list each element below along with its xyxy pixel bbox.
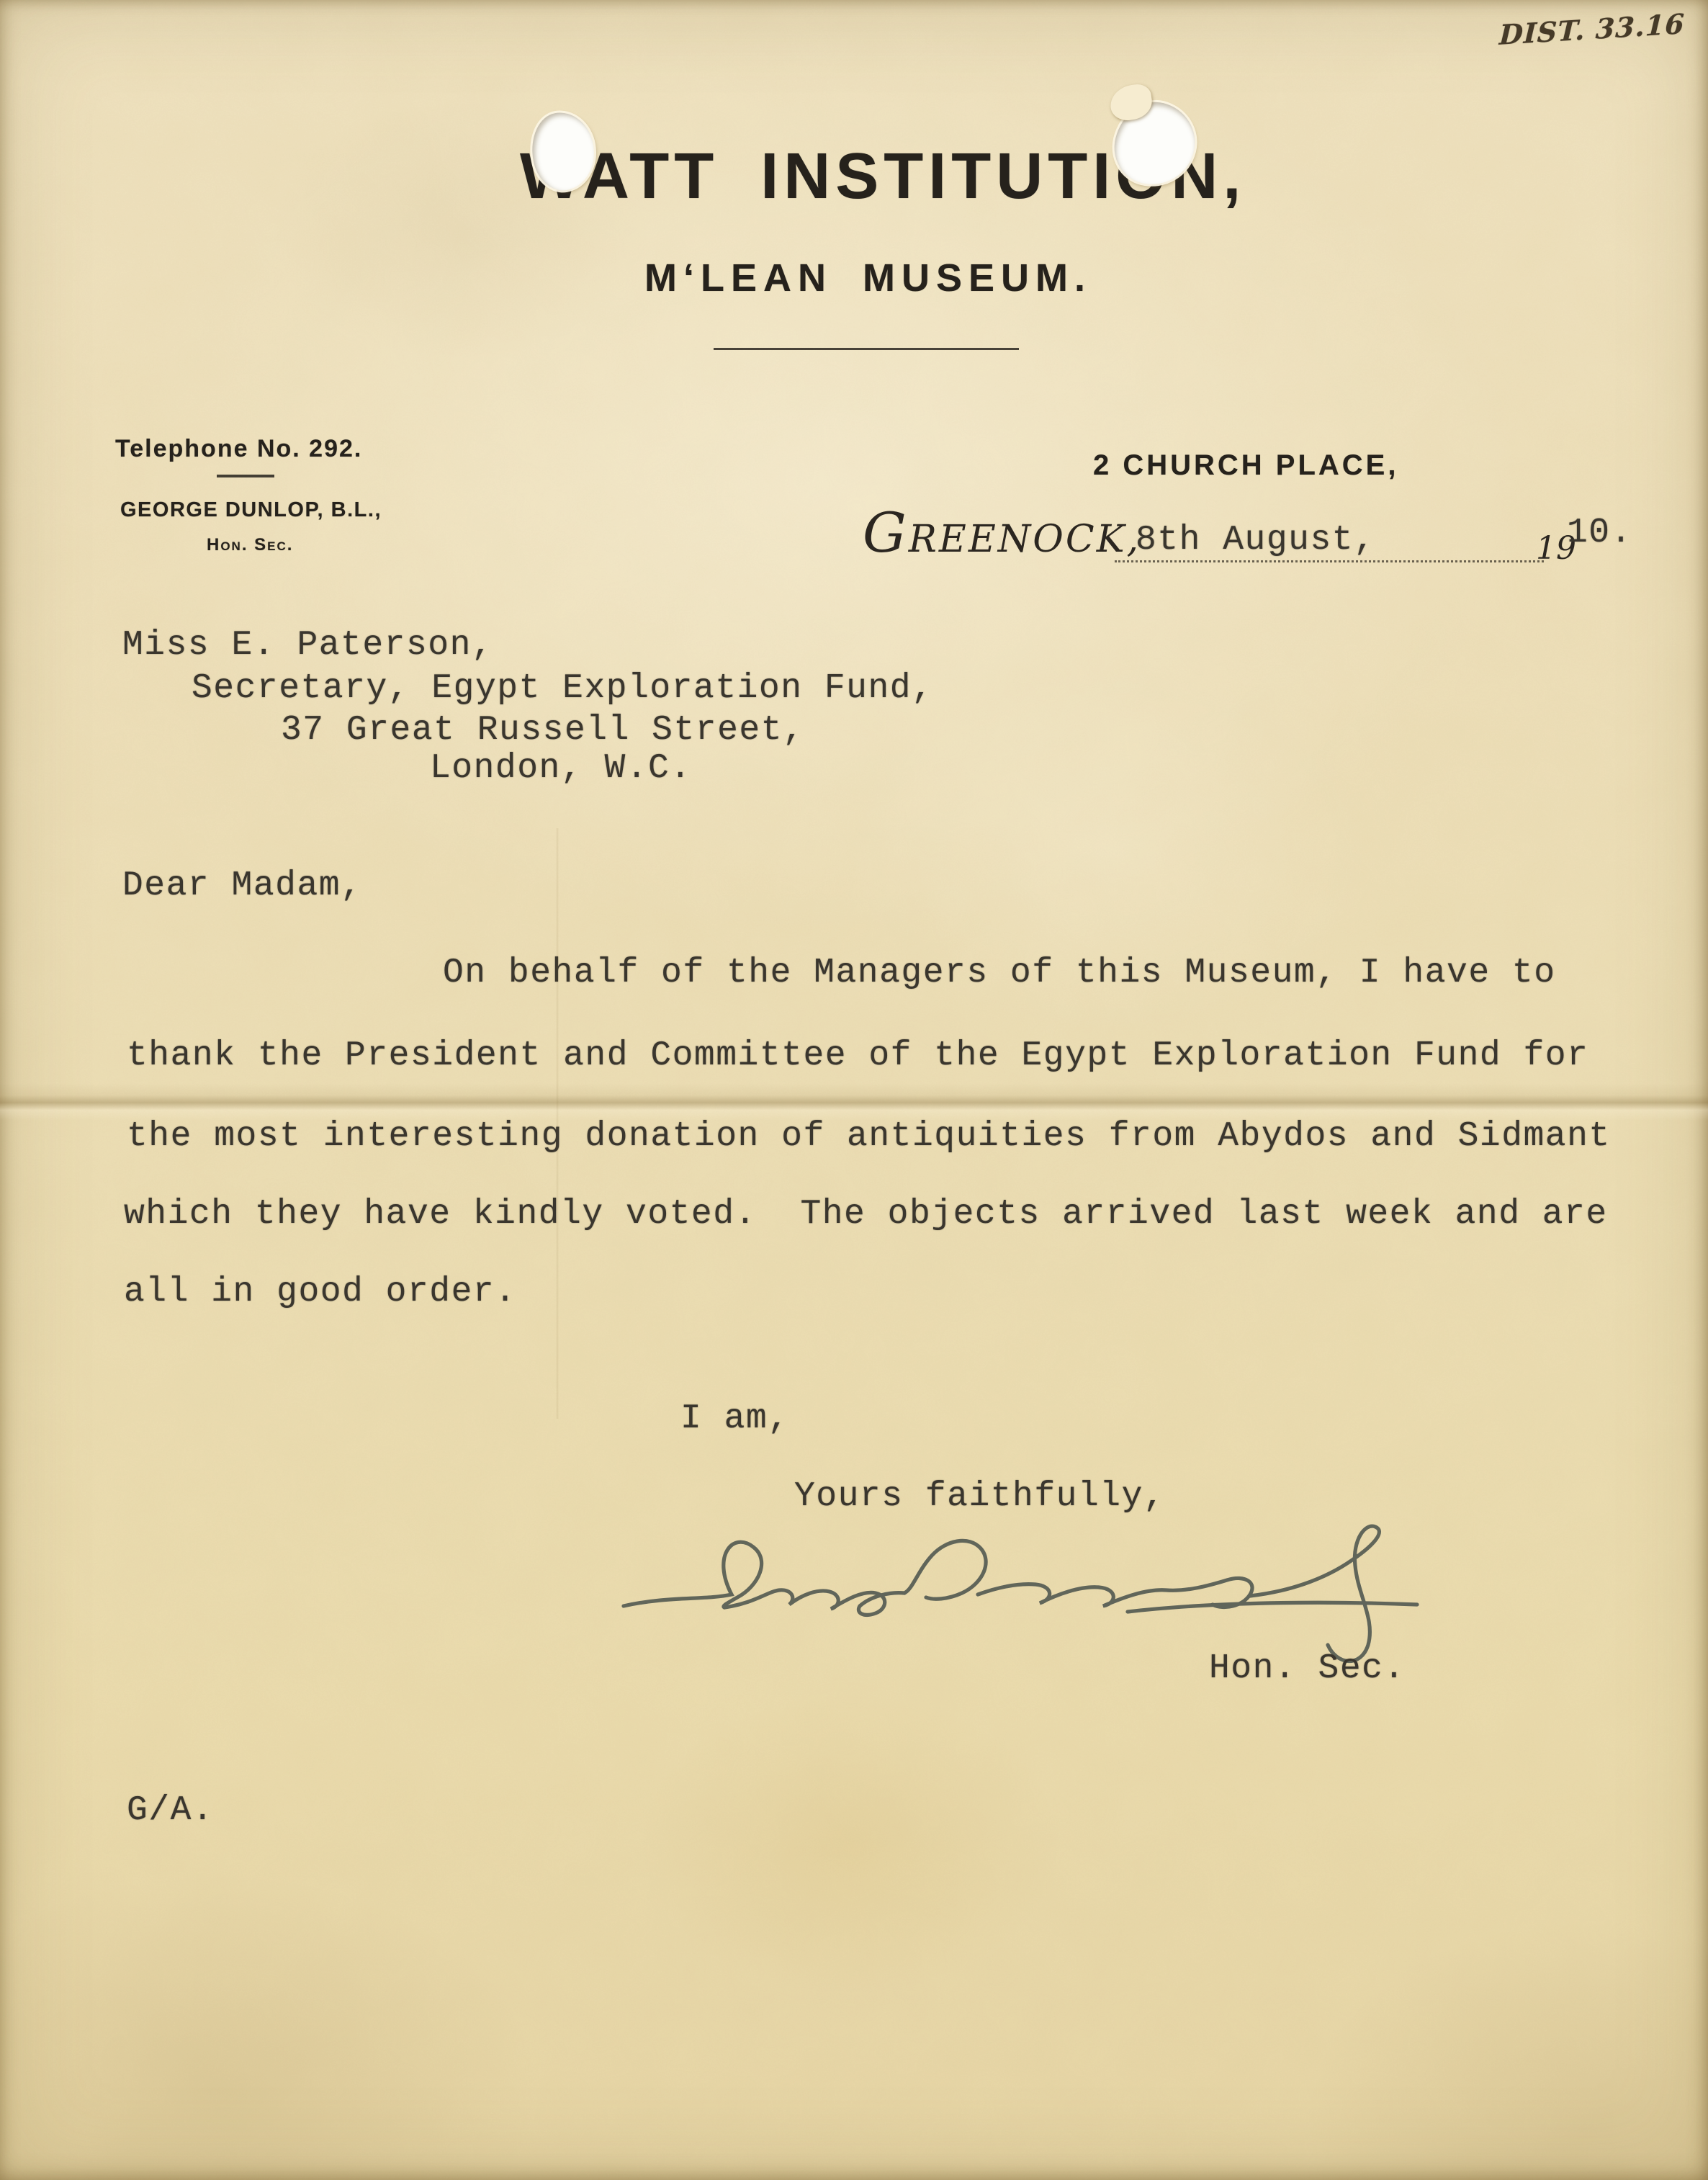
typed-date: 8th August, — [1136, 523, 1375, 557]
letterhead-telephone: Telephone No. 292. — [115, 436, 362, 461]
telephone-divider-rule — [217, 475, 274, 477]
paper-texture — [0, 0, 1708, 2180]
body-line: the most interesting donation of antiqui… — [127, 1119, 1611, 1154]
typed-year-suffix: 10. — [1567, 516, 1632, 550]
recipient-name: Miss E. Paterson, — [122, 628, 493, 663]
body-line: On behalf of the Managers of this Museum… — [443, 956, 1556, 990]
letterhead-secretary-title: Hon. Sec. — [207, 537, 293, 554]
horizontal-fold-crease — [0, 1083, 1708, 1121]
body-line: thank the President and Committee of the… — [127, 1039, 1588, 1073]
valediction: Yours faithfully, — [794, 1479, 1165, 1514]
letterhead-museum: M‘LEAN MUSEUM. — [644, 259, 1092, 297]
body-line: which they have kindly voted. The object… — [124, 1197, 1608, 1232]
typist-initials: G/A. — [127, 1793, 214, 1828]
recipient-city: London, W.C. — [430, 751, 692, 786]
body-line: all in good order. — [124, 1275, 516, 1309]
recipient-role: Secretary, Egypt Exploration Fund, — [192, 671, 933, 706]
letterhead-divider-rule — [714, 348, 1019, 350]
salutation: Dear Madam, — [122, 869, 362, 903]
letterhead-town: GREENOCK, — [863, 507, 1141, 559]
letter-scan: DIST. 33.16 WATT INSTITUTION, M‘LEAN MUS… — [0, 0, 1708, 2180]
recipient-street: 37 Great Russell Street, — [281, 713, 804, 748]
archive-ref-annotation: DIST. 33.16 — [1498, 10, 1685, 49]
closing-preamble: I am, — [680, 1401, 790, 1436]
letterhead-secretary-name: GEORGE DUNLOP, B.L., — [120, 500, 382, 521]
letterhead-street-address: 2 CHURCH PLACE, — [1093, 451, 1398, 480]
signer-title: Hon. Sec. — [1209, 1651, 1406, 1686]
